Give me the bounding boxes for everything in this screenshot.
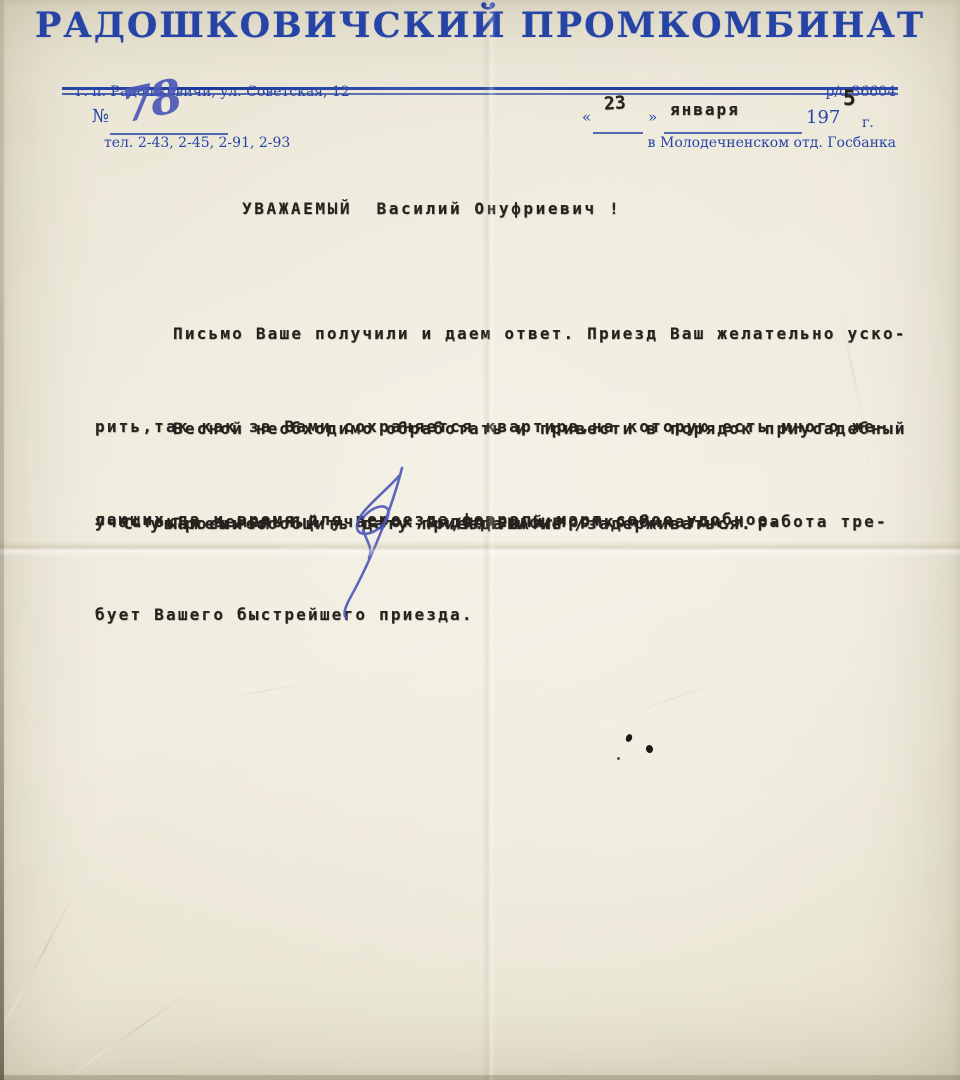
- scanned-letter-page: РАДОШКОВИЧСКИЙ ПРОМКОМБИНАТ г. п. Радошк…: [0, 0, 960, 1080]
- letterhead-title: РАДОШКОВИЧСКИЙ ПРОМКОМБИНАТ: [0, 5, 960, 46]
- salutation: УВАЖАЕМЫЙ Василий Онуфриевич !: [242, 199, 621, 218]
- ink-speck: [645, 744, 654, 754]
- letterhead-rule-thick: [62, 87, 898, 90]
- crease: [55, 993, 187, 1080]
- signed-name: /Я.И.ШАФИР /: [452, 514, 586, 533]
- date-month-blank-line: [664, 132, 802, 134]
- ink-speck: [617, 757, 620, 760]
- ink-speck: [625, 733, 634, 743]
- date-year-printed: 197: [806, 107, 840, 128]
- horizontal-fold-crease: [0, 541, 960, 557]
- letterhead-rule-thin: [62, 93, 898, 95]
- date-year-digit-typed: 5: [843, 86, 856, 110]
- date-year-suffix: г.: [862, 115, 874, 131]
- bank-branch-line: в Молодечненском отд. Госбанка: [648, 135, 896, 152]
- scan-edge-left: [0, 0, 4, 1080]
- date-open-quote: «: [582, 108, 591, 126]
- reference-number-label: №: [92, 106, 109, 127]
- paragraph-line: Письмо Ваше получили и даем ответ. Приез…: [95, 318, 915, 349]
- reference-number-handwritten: 78: [117, 69, 183, 133]
- date-day-blank-line: [593, 132, 643, 134]
- vertical-fold-crease: [482, 0, 496, 1080]
- letterhead-address: г. п. Радошковичи, ул. Советская, 12 тел…: [76, 50, 350, 186]
- scan-edge-bottom: [0, 1075, 960, 1080]
- paragraph-line: Весной необходимо обработать и привести …: [95, 413, 915, 444]
- paragraph-line: бует Вашего быстрейшего приезда.: [95, 599, 915, 630]
- phone-line: тел. 2-43, 2-45, 2-91, 2-93: [76, 135, 350, 152]
- date-day-typed: 23: [603, 92, 626, 114]
- closing-phrase: С уважением: [123, 514, 273, 533]
- date-month-typed: января: [670, 100, 740, 119]
- date-close-quote: »: [648, 108, 657, 126]
- crease: [0, 891, 76, 1060]
